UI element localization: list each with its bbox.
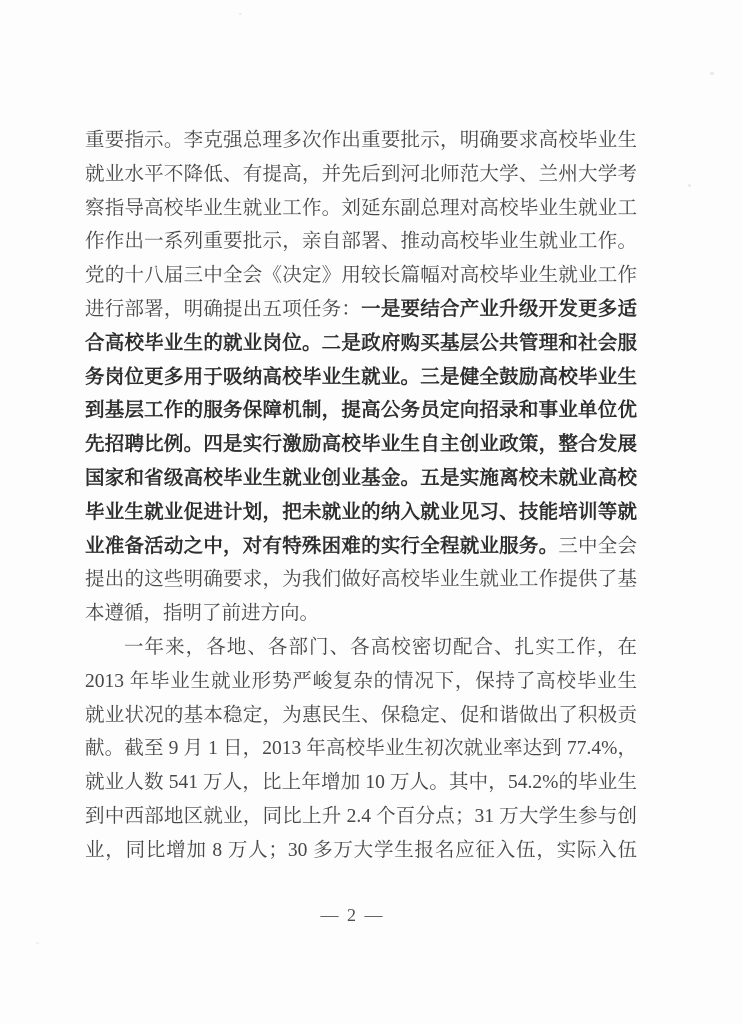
text-line: 毕业生就业促进计划，把未就业的纳入就业见习、技能培训等就 — [85, 496, 637, 530]
text-segment: 合高校毕业生的就业岗位。二是政府购买基层公共管理和社会服 — [85, 333, 637, 354]
scanned-document-page: 重要指示。李克强总理多次作出重要批示，明确要求高校毕业生就业水平不降低、有提高，… — [0, 0, 743, 1024]
text-line: 进行部署，明确提出五项任务：一是要结合产业升级开发更多适 — [85, 293, 637, 327]
text-line: 就业状况的基本稳定，为惠民生、保稳定、促和谐做出了积极贡 — [85, 699, 637, 733]
text-line: 务岗位更多用于吸纳高校毕业生就业。三是健全鼓励高校毕业生 — [85, 361, 637, 395]
text-line: 国家和省级高校毕业生就业创业基金。五是实施离校未就业高校 — [85, 462, 637, 496]
text-segment: 2013 年毕业生就业形势严峻复杂的情况下，保持了高校毕业生 — [85, 671, 637, 692]
text-segment: 到中西部地区就业，同比上升 2.4 个百分点；31 万大学生参与创 — [85, 806, 637, 827]
text-line: 献。截至 9 月 1 日，2013 年高校毕业生初次就业率达到 77.4%， — [85, 732, 637, 766]
document-text: 重要指示。李克强总理多次作出重要批示，明确要求高校毕业生就业水平不降低、有提高，… — [85, 124, 637, 868]
text-segment: 一年来，各地、各部门、各高校密切配合、扎实工作，在 — [124, 637, 637, 658]
text-line: 提出的这些明确要求，为我们做好高校毕业生就业工作提供了基 — [85, 563, 637, 597]
text-segment: 作作出一系列重要批示，亲自部署、推动高校毕业生就业工作。 — [85, 231, 637, 252]
text-segment: 毕业生就业促进计划，把未就业的纳入就业见习、技能培训等就 — [85, 502, 637, 523]
text-line: 就业水平不降低、有提高，并先后到河北师范大学、兰州大学考 — [85, 158, 637, 192]
text-segment: 重要指示。李克强总理多次作出重要批示，明确要求高校毕业生 — [85, 130, 637, 151]
scan-artifact — [239, 13, 242, 15]
scan-artifact — [710, 72, 714, 75]
text-line: 到基层工作的服务保障机制，提高公务员定向招录和事业单位优 — [85, 394, 637, 428]
text-line: 业准备活动之中，对有特殊困难的实行全程就业服务。三中全会 — [85, 530, 637, 564]
text-segment: 本遵循，指明了前进方向。 — [85, 603, 319, 624]
text-segment: 务岗位更多用于吸纳高校毕业生就业。三是健全鼓励高校毕业生 — [85, 367, 637, 388]
text-segment: 一是要结合产业升级开发更多适 — [361, 299, 637, 320]
page-number: — 2 — — [0, 902, 724, 928]
scan-artifact — [688, 184, 691, 187]
text-segment: 业，同比增加 8 万人；30 多万大学生报名应征入伍，实际入伍 — [85, 840, 637, 861]
text-line: 到中西部地区就业，同比上升 2.4 个百分点；31 万大学生参与创 — [85, 800, 637, 834]
text-segment: 进行部署，明确提出五项任务： — [85, 299, 361, 320]
text-line: 先招聘比例。四是实行激励高校毕业生自主创业政策，整合发展 — [85, 428, 637, 462]
text-line: 党的十八届三中全会《决定》用较长篇幅对高校毕业生就业工作 — [85, 259, 637, 293]
text-segment: 献。截至 9 月 1 日，2013 年高校毕业生初次就业率达到 77.4%， — [85, 738, 637, 759]
scan-artifact — [36, 942, 39, 944]
text-line: 察指导高校毕业生就业工作。刘延东副总理对高校毕业生就业工 — [85, 192, 637, 226]
text-segment: 先招聘比例。四是实行激励高校毕业生自主创业政策，整合发展 — [85, 434, 637, 455]
text-segment: 就业状况的基本稳定，为惠民生、保稳定、促和谐做出了积极贡 — [85, 705, 637, 726]
text-segment: 国家和省级高校毕业生就业创业基金。五是实施离校未就业高校 — [85, 468, 637, 489]
text-line: 业，同比增加 8 万人；30 多万大学生报名应征入伍，实际入伍 — [85, 834, 637, 868]
text-line: 就业人数 541 万人，比上年增加 10 万人。其中，54.2%的毕业生 — [85, 766, 637, 800]
text-line: 合高校毕业生的就业岗位。二是政府购买基层公共管理和社会服 — [85, 327, 637, 361]
text-line: 作作出一系列重要批示，亲自部署、推动高校毕业生就业工作。 — [85, 225, 637, 259]
text-segment: 就业人数 541 万人，比上年增加 10 万人。其中，54.2%的毕业生 — [85, 772, 637, 793]
text-segment: 业准备活动之中，对有特殊困难的实行全程就业服务。 — [85, 536, 558, 557]
text-segment: 察指导高校毕业生就业工作。刘延东副总理对高校毕业生就业工 — [85, 198, 637, 219]
text-segment: 就业水平不降低、有提高，并先后到河北师范大学、兰州大学考 — [85, 164, 637, 185]
text-line: 本遵循，指明了前进方向。 — [85, 597, 637, 631]
text-segment: 到基层工作的服务保障机制，提高公务员定向招录和事业单位优 — [85, 400, 637, 421]
text-line: 重要指示。李克强总理多次作出重要批示，明确要求高校毕业生 — [85, 124, 637, 158]
text-segment: 党的十八届三中全会《决定》用较长篇幅对高校毕业生就业工作 — [85, 265, 637, 286]
text-segment: 三中全会 — [558, 536, 637, 557]
text-segment: 提出的这些明确要求，为我们做好高校毕业生就业工作提供了基 — [85, 569, 637, 590]
text-line: 一年来，各地、各部门、各高校密切配合、扎实工作，在 — [85, 631, 637, 665]
text-line: 2013 年毕业生就业形势严峻复杂的情况下，保持了高校毕业生 — [85, 665, 637, 699]
